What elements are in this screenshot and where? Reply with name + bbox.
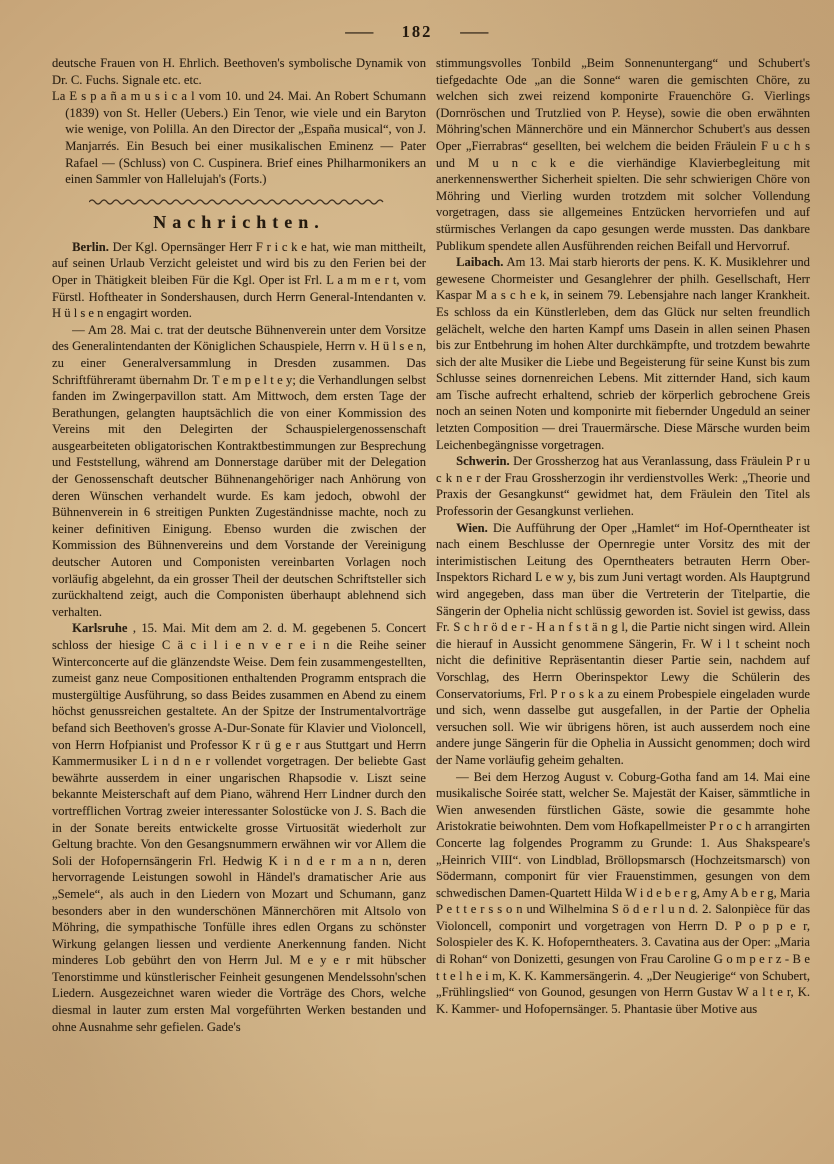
news-text-laibach: Am 13. Mai starb hierorts der pens. K. K… xyxy=(436,255,810,452)
dateline-schwerin: Schwerin. xyxy=(456,454,510,468)
news-text-wien: Die Aufführung der Oper „Hamlet“ im Hof-… xyxy=(436,521,810,767)
news-item-dresden-buehnenverein: — Am 28. Mai c. trat der deutsche Bühnen… xyxy=(52,322,426,621)
dateline-karlsruhe: Karlsruhe xyxy=(72,621,127,635)
dateline-berlin: Berlin. xyxy=(72,240,109,254)
journal-page: —182— deutsche Frauen von H. Ehrlich. Be… xyxy=(0,0,834,1164)
left-column: deutsche Frauen von H. Ehrlich. Beethove… xyxy=(52,55,426,1035)
dash-marker: — xyxy=(456,770,469,784)
news-text-buehnenverein: Am 28. Mai c. trat der deutsche Bühnenve… xyxy=(52,323,426,619)
header-dash-left: — xyxy=(345,22,373,42)
page-header: —182— xyxy=(0,0,834,42)
page-number: 182 xyxy=(402,22,433,41)
news-item-wien: Wien. Die Aufführung der Oper „Hamlet“ i… xyxy=(436,520,810,769)
wavy-line-icon xyxy=(89,197,389,205)
dash-marker: — xyxy=(72,323,85,337)
news-text-coburg-soiree: Bei dem Herzog August v. Coburg-Gotha fa… xyxy=(436,770,810,1016)
right-column: stimmungsvolles Tonbild „Beim Sonnenunte… xyxy=(436,55,810,1035)
news-text-berlin: Der Kgl. Opernsänger Herr F r i c k e ha… xyxy=(52,240,426,320)
news-item-coburg-soiree: — Bei dem Herzog August v. Coburg-Gotha … xyxy=(436,769,810,1018)
two-column-layout: deutsche Frauen von H. Ehrlich. Beethove… xyxy=(0,42,834,1035)
section-heading-nachrichten: Nachrichten. xyxy=(52,212,426,233)
dateline-wien: Wien. xyxy=(456,521,488,535)
paragraph-espana-musical: La E s p a ñ a m u s i c a l vom 10. und… xyxy=(65,88,426,188)
paragraph-continuation-right: stimmungsvolles Tonbild „Beim Sonnenunte… xyxy=(436,55,810,254)
header-dash-right: — xyxy=(461,22,489,42)
news-item-berlin: Berlin. Der Kgl. Opernsänger Herr F r i … xyxy=(52,239,426,322)
news-item-schwerin: Schwerin. Der Grossherzog hat aus Veranl… xyxy=(436,453,810,519)
news-text-karlsruhe: , 15. Mai. Mit dem am 2. d. M. gegebenen… xyxy=(52,621,426,1033)
paragraph-continuation-left: deutsche Frauen von H. Ehrlich. Beethove… xyxy=(52,55,426,88)
news-item-karlsruhe: Karlsruhe , 15. Mai. Mit dem am 2. d. M.… xyxy=(52,620,426,1035)
wavy-divider xyxy=(89,197,389,205)
news-item-laibach: Laibach. Am 13. Mai starb hierorts der p… xyxy=(436,254,810,453)
dateline-laibach: Laibach. xyxy=(456,255,503,269)
